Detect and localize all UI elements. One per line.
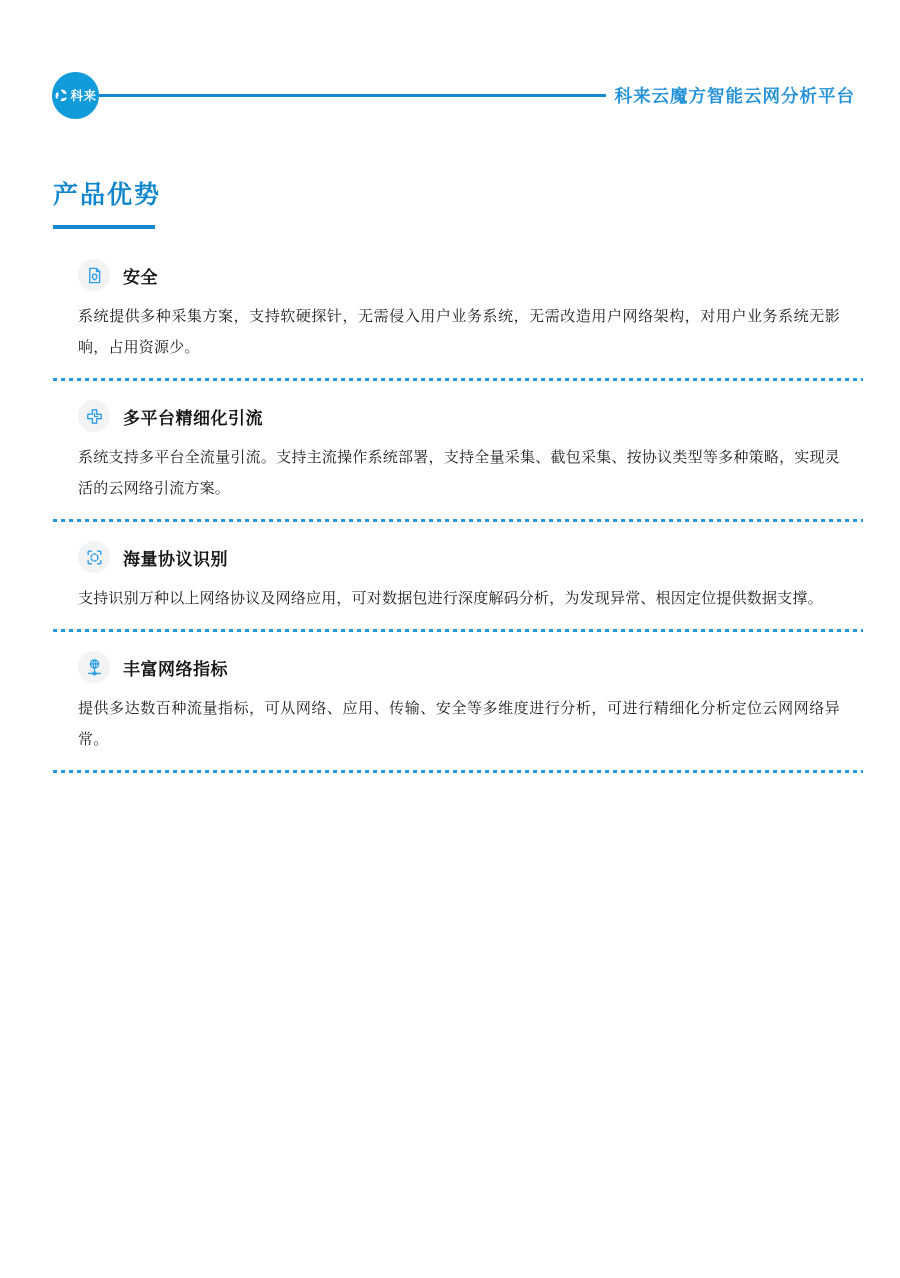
section-body-text: 支持识别万种以上网络协议及网络应用，可对数据包进行深度解码分析，为发现异常、根因…	[78, 583, 840, 614]
icon-badge	[78, 541, 110, 573]
header-product-title: 科来云魔方智能云网分析平台	[615, 83, 856, 108]
page-title-underline	[53, 225, 155, 229]
section-header: 安全	[53, 259, 863, 291]
logo-text: 科来	[70, 86, 96, 104]
icon-badge	[78, 651, 110, 683]
section-title: 多平台精细化引流	[123, 404, 263, 429]
section-body-text: 系统支持多平台全流量引流。支持主流操作系统部署，支持全量采集、截包采集、按协议类…	[78, 442, 840, 504]
section-network-metrics: 丰富网络指标 提供多达数百种流量指标，可从网络、应用、传输、安全等多维度进行分析…	[53, 651, 863, 773]
section-title: 安全	[123, 263, 158, 288]
advantage-sections: 安全 系统提供多种采集方案，支持软硬探针，无需侵入用户业务系统，无需改造用户网络…	[53, 259, 863, 773]
dashed-separator	[53, 629, 863, 632]
section-body-text: 提供多达数百种流量指标，可从网络、应用、传输、安全等多维度进行分析，可进行精细化…	[78, 693, 840, 755]
icon-badge	[78, 400, 110, 432]
section-multi-platform: 多平台精细化引流 系统支持多平台全流量引流。支持主流操作系统部署，支持全量采集、…	[53, 400, 863, 522]
colasoft-logo: 科来	[52, 72, 99, 119]
dashed-separator	[53, 378, 863, 381]
section-title: 丰富网络指标	[123, 655, 228, 680]
section-security: 安全 系统提供多种采集方案，支持软硬探针，无需侵入用户业务系统，无需改造用户网络…	[53, 259, 863, 381]
main-content: 产品优势 安全 系统提供多种采集方案，支持软硬探针，无需侵入用户业务系统，无需改…	[53, 118, 863, 792]
globe-network-icon	[85, 658, 104, 677]
header-divider-line	[95, 94, 606, 97]
swirl-logo-icon	[54, 88, 69, 103]
dashed-separator	[53, 770, 863, 773]
section-title: 海量协议识别	[123, 545, 228, 570]
doc-shield-icon	[85, 266, 104, 285]
page-header: 科来 科来云魔方智能云网分析平台	[52, 72, 855, 118]
document-page: 科来 科来云魔方智能云网分析平台 产品优势 安全	[0, 0, 900, 1278]
section-header: 丰富网络指标	[53, 651, 863, 683]
page-title: 产品优势	[53, 175, 863, 211]
section-body-text: 系统提供多种采集方案，支持软硬探针，无需侵入用户业务系统，无需改造用户网络架构，…	[78, 301, 840, 363]
cross-platform-icon	[85, 407, 104, 426]
scan-recognition-icon	[85, 548, 104, 567]
section-header: 多平台精细化引流	[53, 400, 863, 432]
section-header: 海量协议识别	[53, 541, 863, 573]
section-protocol-recognition: 海量协议识别 支持识别万种以上网络协议及网络应用，可对数据包进行深度解码分析，为…	[53, 541, 863, 632]
icon-badge	[78, 259, 110, 291]
dashed-separator	[53, 519, 863, 522]
